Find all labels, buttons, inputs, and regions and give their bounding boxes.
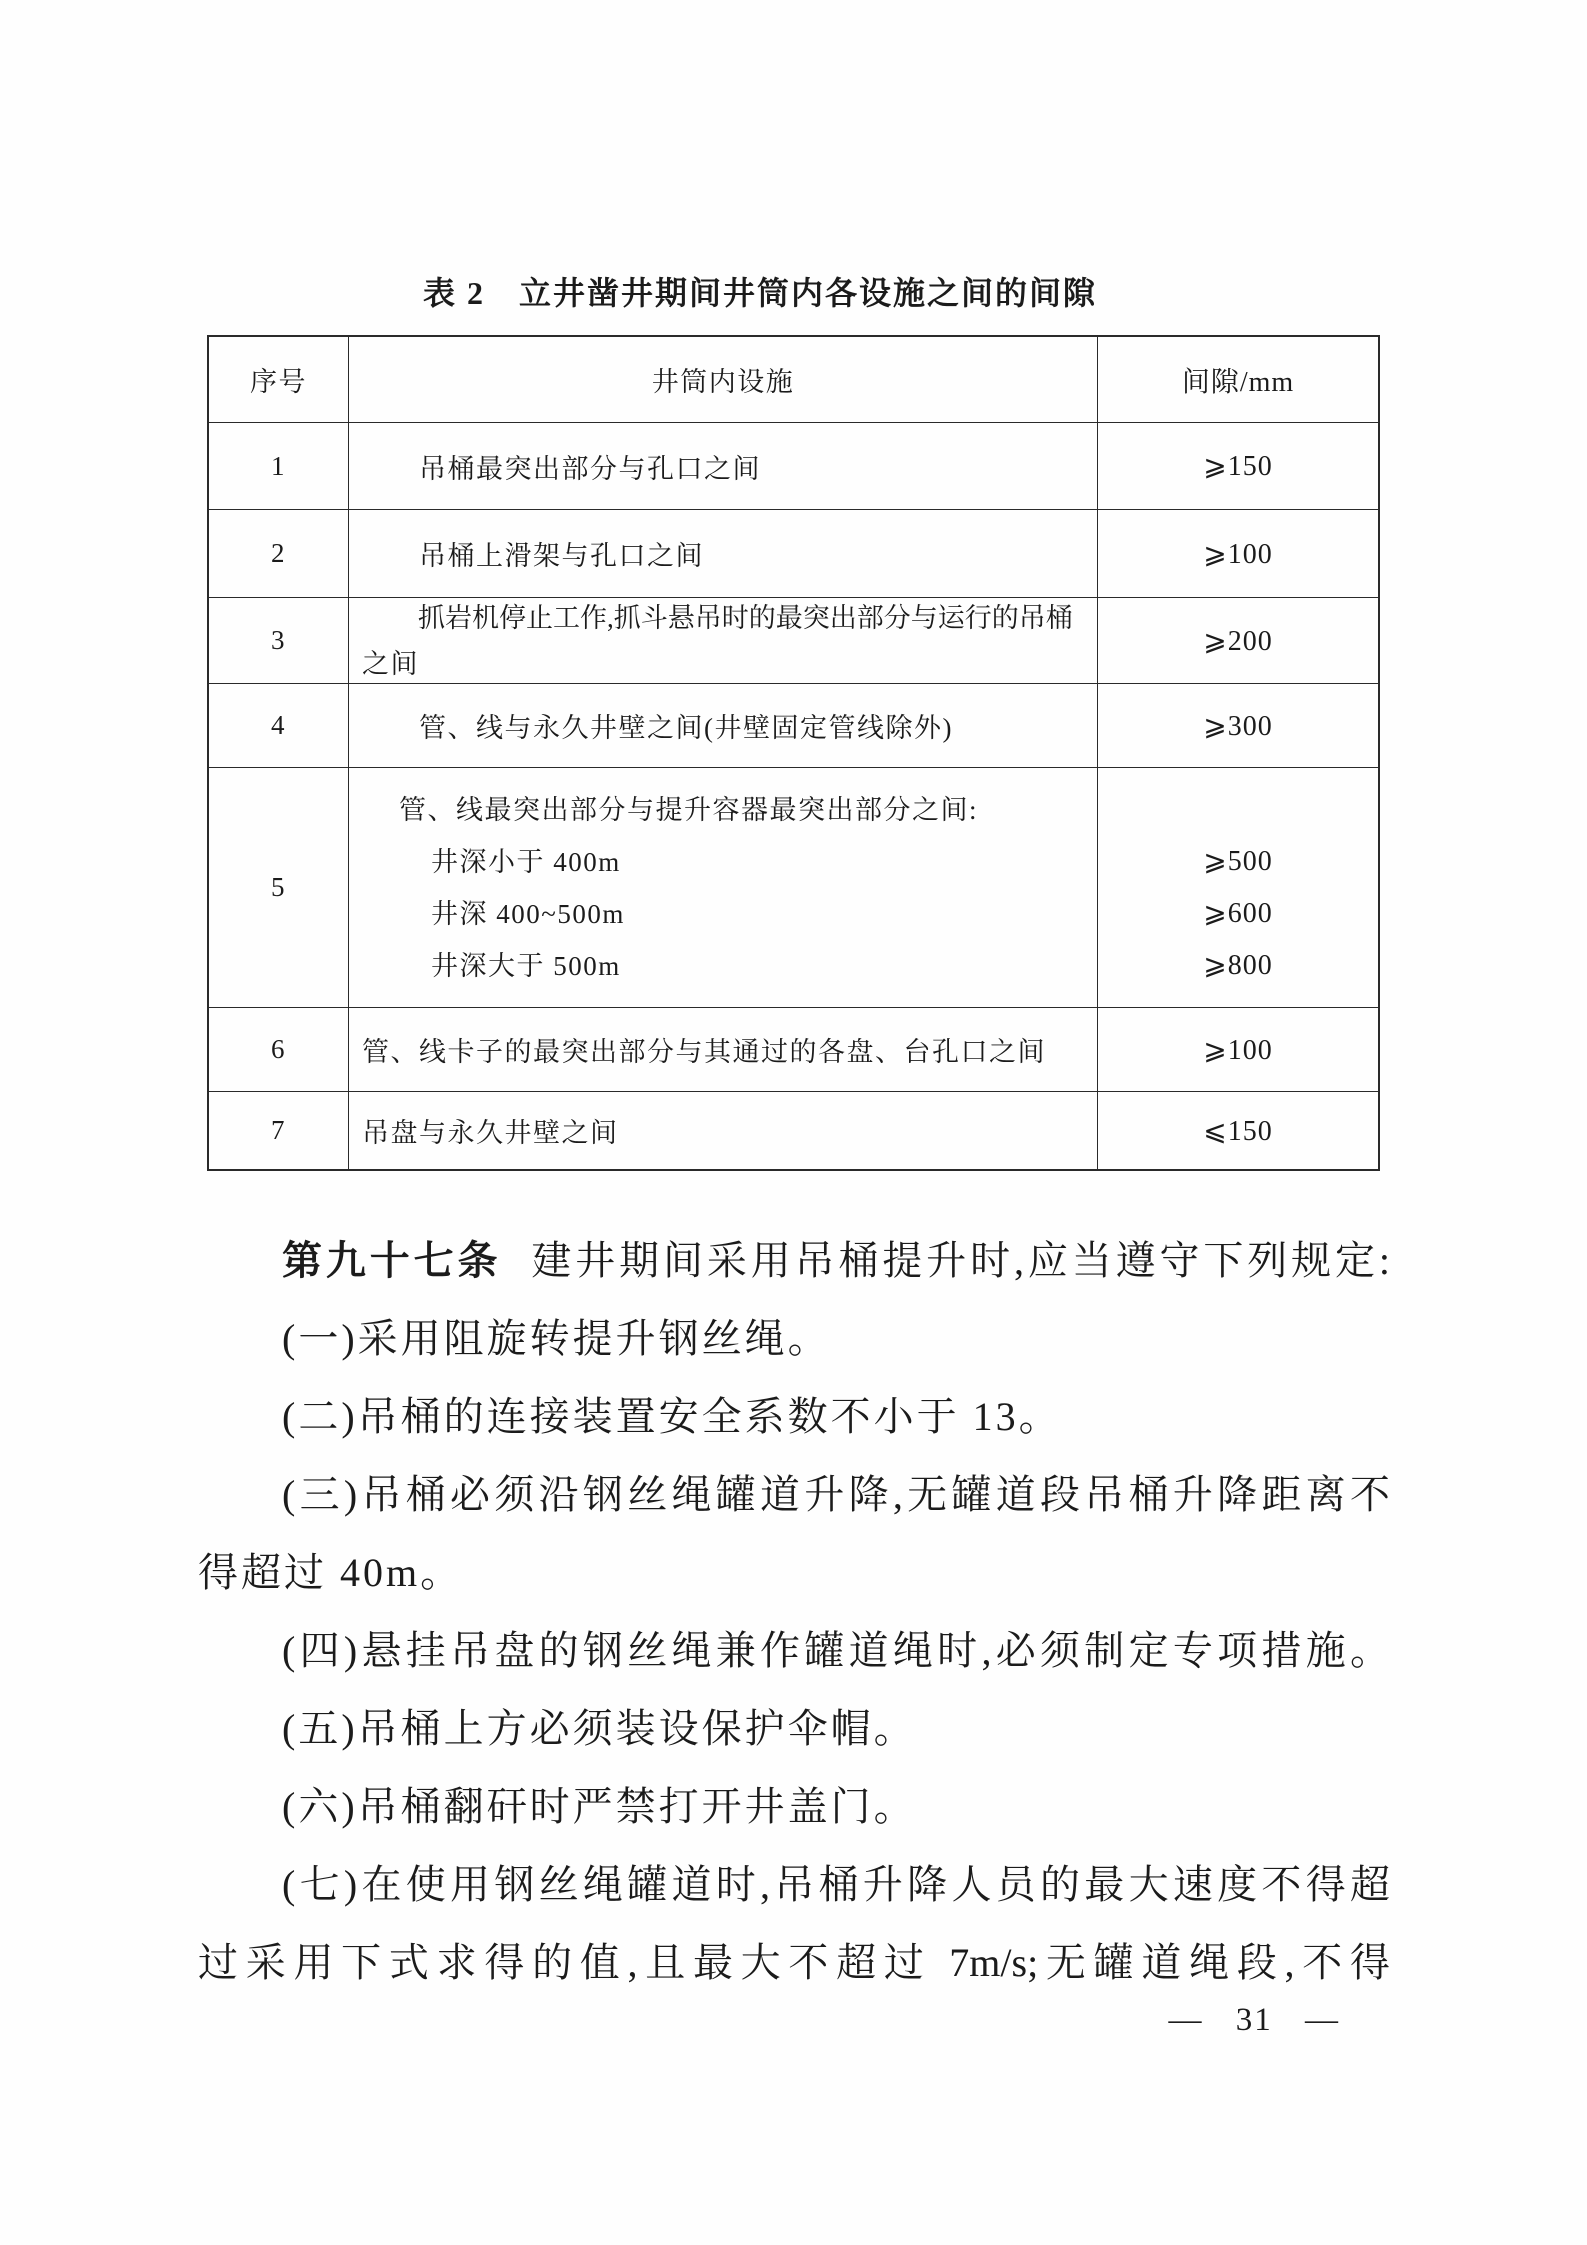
row-gap: ⩾100	[1098, 510, 1378, 597]
header-cell-no: 序号	[209, 337, 349, 422]
table-header-row: 序号 井筒内设施 间隙/mm	[209, 337, 1378, 422]
row-gap: ⩾500 ⩾600 ⩾800	[1098, 768, 1378, 1007]
row-facility: 抓岩机停止工作,抓斗悬吊时的最突出部分与运行的吊桶 之间	[349, 598, 1098, 683]
header-cell-facility: 井筒内设施	[349, 337, 1098, 422]
row-no: 2	[209, 510, 349, 597]
clearance-table: 序号 井筒内设施 间隙/mm 1 吊桶最突出部分与孔口之间 ⩾150 2 吊桶上…	[207, 335, 1380, 1171]
row-facility: 吊盘与永久井壁之间	[349, 1092, 1098, 1169]
row-gap: ⩾100	[1098, 1008, 1378, 1091]
row-no: 5	[209, 768, 349, 1007]
row-no: 7	[209, 1092, 349, 1169]
row-gap: ⩾200	[1098, 598, 1378, 683]
row-facility: 管、线卡子的最突出部分与其通过的各盘、台孔口之间	[349, 1008, 1098, 1091]
row-facility: 管、线与永久井壁之间(井壁固定管线除外)	[349, 684, 1098, 767]
table-row: 3 抓岩机停止工作,抓斗悬吊时的最突出部分与运行的吊桶 之间 ⩾200	[209, 597, 1378, 683]
article-item-line: 得超过 40m。	[198, 1534, 1390, 1612]
row-gap-value: ⩾800	[1203, 940, 1272, 992]
page-number: — 31 —	[1169, 1998, 1341, 2042]
row-gap: ⩾150	[1098, 423, 1378, 509]
row-gap: ⩾300	[1098, 684, 1378, 767]
article-item-line: (六)吊桶翻矸时严禁打开井盖门。	[198, 1768, 1390, 1846]
row-facility-sub-item: 井深大于 500m	[349, 940, 1097, 992]
article-heading-line: 第九十七条建井期间采用吊桶提升时,应当遵守下列规定:	[198, 1222, 1390, 1300]
row-gap: ⩽150	[1098, 1092, 1378, 1169]
row-facility-sub-item: 井深小于 400m	[349, 836, 1097, 888]
row-no: 1	[209, 423, 349, 509]
article-item-line: (二)吊桶的连接装置安全系数不小于 13。	[198, 1378, 1390, 1456]
article-item-line: (一)采用阻旋转提升钢丝绳。	[198, 1300, 1390, 1378]
article-item-line: (三)吊桶必须沿钢丝绳罐道升降,无罐道段吊桶升降距离不	[198, 1456, 1390, 1534]
article-body: 第九十七条建井期间采用吊桶提升时,应当遵守下列规定: (一)采用阻旋转提升钢丝绳…	[198, 1222, 1390, 2002]
row-no: 4	[209, 684, 349, 767]
article-item-line: 过采用下式求得的值,且最大不超过 7m/s;无罐道绳段,不得	[198, 1924, 1390, 2002]
row-facility-line1: 抓岩机停止工作,抓斗悬吊时的最突出部分与运行的吊桶	[362, 595, 1097, 641]
table-row: 6 管、线卡子的最突出部分与其通过的各盘、台孔口之间 ⩾100	[209, 1007, 1378, 1091]
row-gap-value: ⩾500	[1203, 836, 1272, 888]
row-facility-sub-item: 井深 400~500m	[349, 888, 1097, 940]
article-item-line: (四)悬挂吊盘的钢丝绳兼作罐道绳时,必须制定专项措施。	[198, 1612, 1390, 1690]
row-facility: 管、线最突出部分与提升容器最突出部分之间: 井深小于 400m 井深 400~5…	[349, 768, 1098, 1007]
article-number: 第九十七条	[282, 1238, 501, 1283]
header-cell-gap: 间隙/mm	[1098, 337, 1378, 422]
table-row: 7 吊盘与永久井壁之间 ⩽150	[209, 1091, 1378, 1169]
row-facility: 吊桶上滑架与孔口之间	[349, 510, 1098, 597]
row-gap-value: ⩾600	[1203, 888, 1272, 940]
table-row: 5 管、线最突出部分与提升容器最突出部分之间: 井深小于 400m 井深 400…	[209, 767, 1378, 1007]
table-row: 4 管、线与永久井壁之间(井壁固定管线除外) ⩾300	[209, 683, 1378, 767]
row-no: 6	[209, 1008, 349, 1091]
table-row: 2 吊桶上滑架与孔口之间 ⩾100	[209, 509, 1378, 597]
article-heading-text: 建井期间采用吊桶提升时,应当遵守下列规定:	[531, 1238, 1390, 1283]
row-facility-line2: 之间	[362, 641, 1097, 687]
row-facility-intro: 管、线最突出部分与提升容器最突出部分之间:	[349, 784, 1097, 836]
table-row: 1 吊桶最突出部分与孔口之间 ⩾150	[209, 422, 1378, 509]
document-page: 表 2 立井凿井期间井筒内各设施之间的间隙 序号 井筒内设施 间隙/mm 1 吊…	[0, 0, 1587, 2245]
article-item-line: (七)在使用钢丝绳罐道时,吊桶升降人员的最大速度不得超	[198, 1846, 1390, 1924]
article-item-line: (五)吊桶上方必须装设保护伞帽。	[198, 1690, 1390, 1768]
row-facility: 吊桶最突出部分与孔口之间	[349, 423, 1098, 509]
row-no: 3	[209, 598, 349, 683]
table-caption: 表 2 立井凿井期间井筒内各设施之间的间隙	[0, 268, 1520, 314]
